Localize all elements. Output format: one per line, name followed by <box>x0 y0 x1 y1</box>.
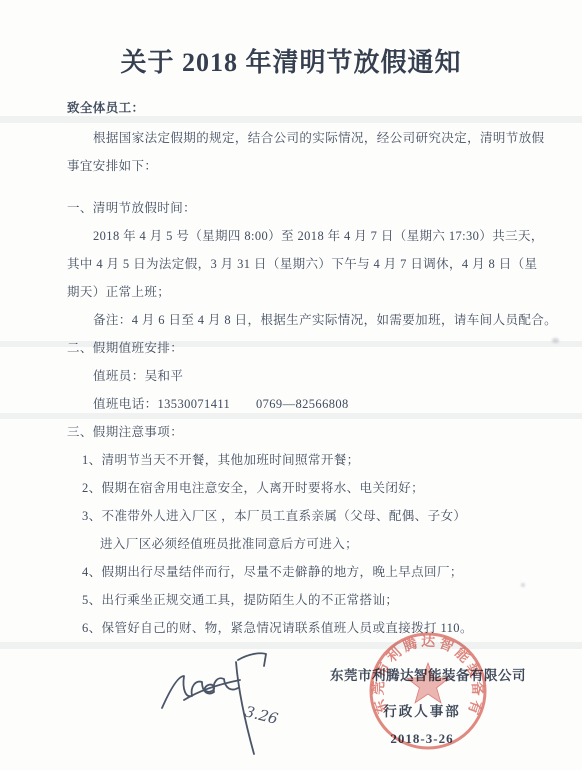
section-1-line-2: 其中 4 月 5 日为法定假，3 月 31 日（星期六）下午与 4 月 7 日调… <box>67 250 515 278</box>
section-2-heading: 二、假期值班安排： <box>67 334 515 362</box>
company-seal-stamp: 东莞市利腾达智能装备有限公司 <box>366 628 490 750</box>
duty-officer-line: 值班员：吴和平 <box>67 362 515 390</box>
intro-line-1: 根据国家法定假期的规定，结合公司的实际情况，经公司研究决定，清明节放假 <box>67 124 515 152</box>
signature-graphic: 3.26 <box>148 646 328 768</box>
page-title: 关于 2018 年清明节放假通知 <box>67 46 515 80</box>
section-1-note: 备注：4 月 6 日至 4 月 8 日，根据生产实际情况，如需要加班，请车间人员… <box>67 306 515 334</box>
signature-date-scrawl: 3.26 <box>243 702 280 728</box>
section-1-line-3: 期天）正常上班； <box>67 278 515 306</box>
duty-phone-line: 值班电话：13530071411 0769—82566808 <box>67 390 515 418</box>
notes-item-2: 2、假期在宿舍用电注意安全，人离开时要将水、电关闭好； <box>67 474 515 502</box>
section-1-heading: 一、清明节放假时间： <box>67 194 515 222</box>
section-3-heading: 三、假期注意事项： <box>67 418 515 446</box>
seal-star-icon <box>407 663 449 703</box>
notes-item-1: 1、清明节当天不开餐，其他加班时间照常开餐； <box>67 446 515 474</box>
notes-item-3-line-2: 进入厂区必须经值班员批准同意后方可进入； <box>67 530 515 558</box>
notes-item-5: 5、出行乘坐正规交通工具，提防陌生人的不正常搭讪； <box>67 586 515 614</box>
salutation: 致全体员工： <box>67 94 515 122</box>
scan-speck <box>521 583 525 587</box>
handwritten-signature: 3.26 <box>148 646 328 768</box>
notes-item-4: 4、假期出行尽量结伴而行，尽量不走僻静的地方，晚上早点回厂； <box>67 558 515 586</box>
scan-speck <box>552 338 559 343</box>
intro-line-2: 事宜安排如下： <box>67 152 515 180</box>
document-content: 关于 2018 年清明节放假通知 致全体员工： 根据国家法定假期的规定，结合公司… <box>67 0 515 642</box>
document-page: 关于 2018 年清明节放假通知 致全体员工： 根据国家法定假期的规定，结合公司… <box>0 0 582 770</box>
seal-graphic: 东莞市利腾达智能装备有限公司 <box>366 628 490 750</box>
section-1-line-1: 2018 年 4 月 5 号（星期四 8:00）至 2018 年 4 月 7 日… <box>67 222 515 250</box>
notes-item-3-line-1: 3、不准带外人进入厂区 ，本厂员工直系亲属（父母、配偶、子女） <box>67 502 515 530</box>
